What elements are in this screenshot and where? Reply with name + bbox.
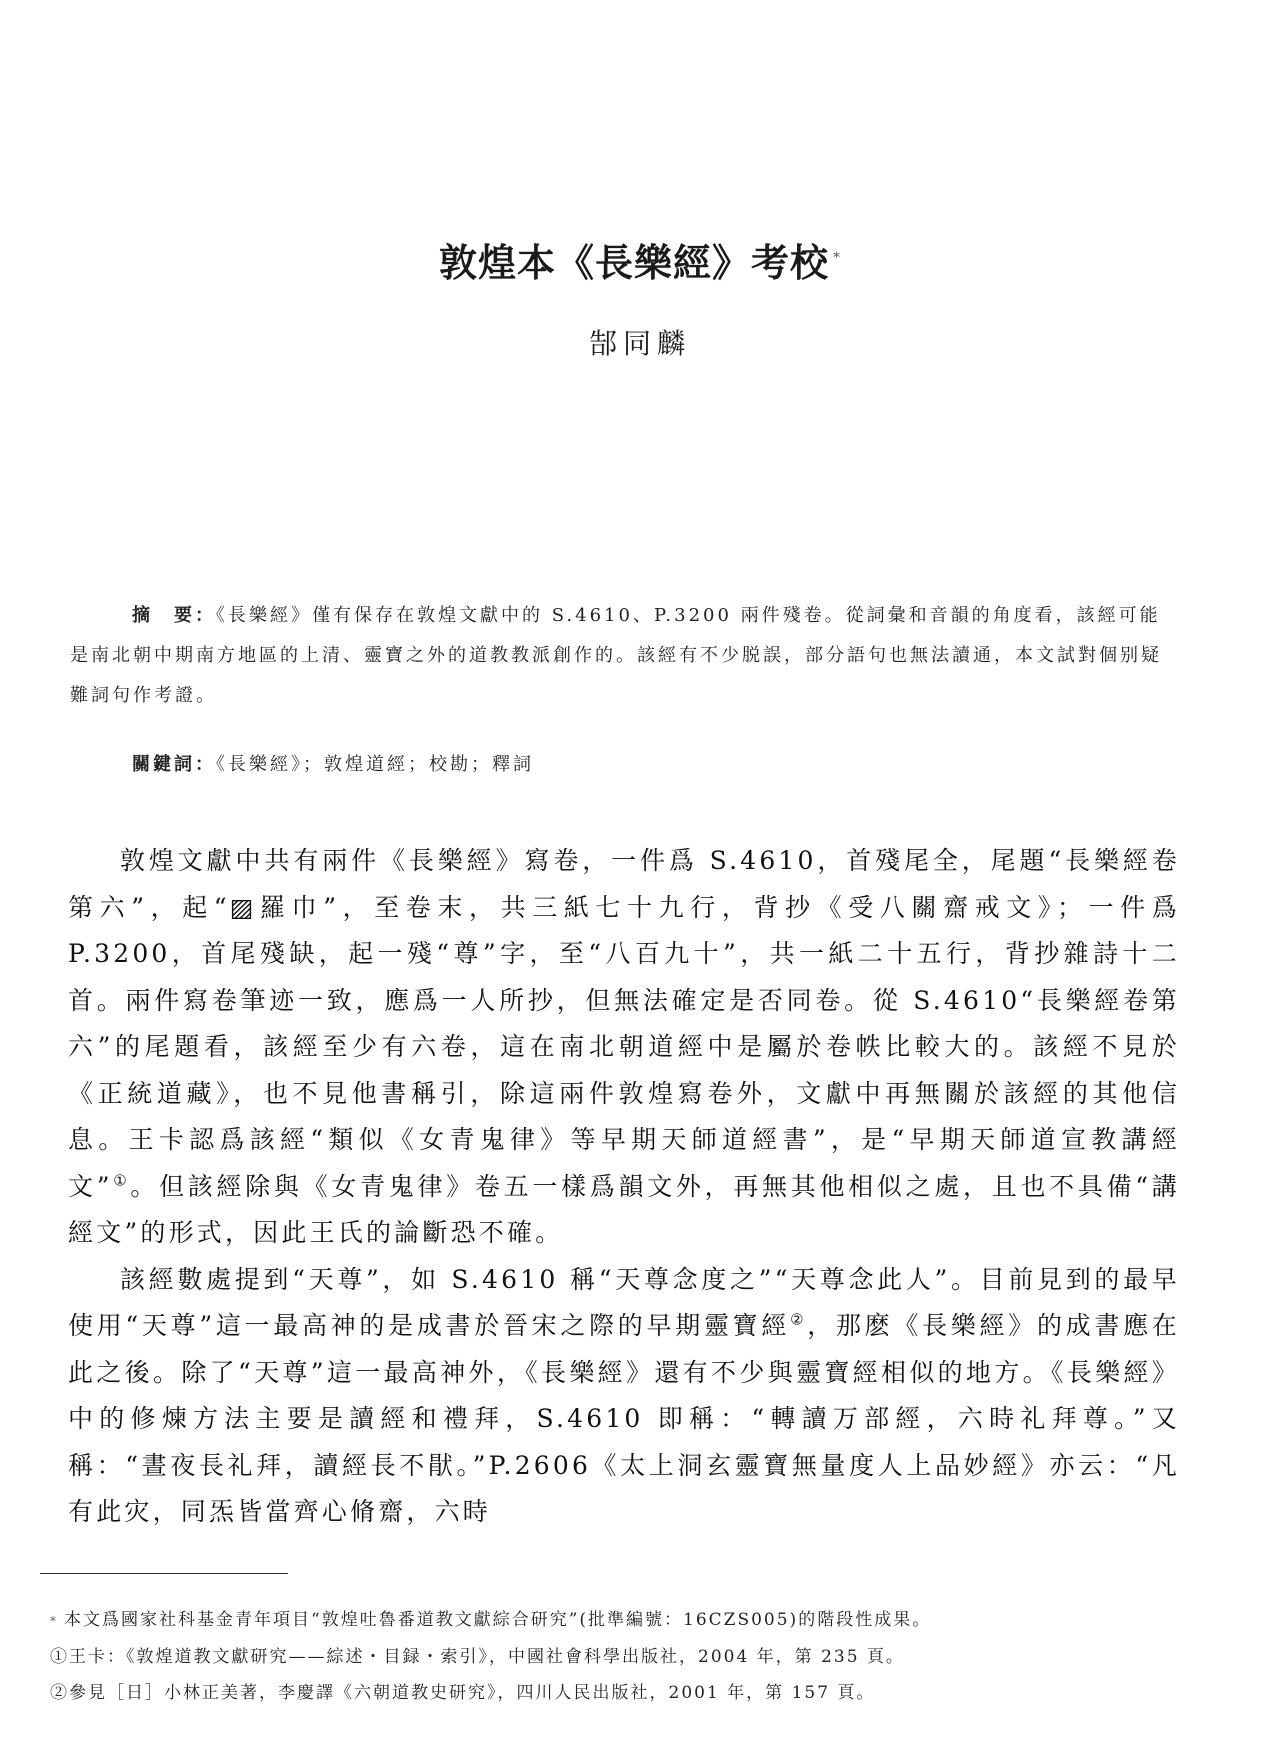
title-text: 敦煌本《長樂經》考校 [439,240,829,285]
paragraph-text: ，那麽《長樂經》的成書應在此之後。除了“天尊”這一最高神外，《長樂經》還有不少與… [68,1311,1180,1526]
footnote-item: *本文爲國家社科基金青年項目“敦煌吐魯番道教文獻綜合研究”(批準編號：16CZS… [50,1602,1210,1639]
abstract: 摘 要：《長樂經》僅有保存在敦煌文獻中的 S.4610、P.3200 兩件殘卷。… [70,596,1180,716]
footnote-mark: ② [50,1683,69,1703]
title-footnote-mark[interactable]: * [833,250,841,266]
footnote-mark: * [50,1614,58,1628]
footnote-text: 王卡：《敦煌道教文獻研究——綜述・目録・索引》，中國社會科學出版社，2004 年… [69,1647,905,1667]
footnote-text: 本文爲國家社科基金青年項目“敦煌吐魯番道教文獻綜合研究”(批準編號：16CZS0… [64,1610,931,1630]
footnote-item: ②參見［日］小林正美著，李慶譯《六朝道教史研究》，四川人民出版社，2001 年，… [50,1675,1210,1711]
abstract-text: 《長樂經》僅有保存在敦煌文獻中的 S.4610、P.3200 兩件殘卷。從詞彙和… [70,605,1162,706]
body-text: 敦煌文獻中共有兩件《長樂經》寫卷，一件爲 S.4610，首殘尾全，尾題“長樂經卷… [68,838,1180,1536]
footnote-ref[interactable]: ② [790,1311,807,1329]
abstract-label: 摘 要： [132,605,216,626]
paragraph-text: 。但該經除與《女青鬼律》卷五一樣爲韻文外，再無其他相似之處，且也不具備“講經文”… [68,1172,1180,1248]
footnotes: *本文爲國家社科基金青年項目“敦煌吐魯番道教文獻綜合研究”(批準編號：16CZS… [50,1602,1210,1711]
body-paragraph: 敦煌文獻中共有兩件《長樂經》寫卷，一件爲 S.4610，首殘尾全，尾題“長樂經卷… [68,838,1180,1257]
footnote-item: ①王卡：《敦煌道教文獻研究——綜述・目録・索引》，中國社會科學出版社，2004 … [50,1639,1210,1675]
footnote-text: 參見［日］小林正美著，李慶譯《六朝道教史研究》，四川人民出版社，2001 年，第… [69,1683,875,1703]
body-paragraph: 該經數處提到“天尊”，如 S.4610 稱“天尊念度之”“天尊念此人”。目前見到… [68,1257,1180,1536]
footnote-mark: ① [50,1647,69,1667]
paragraph-text: 敦煌文獻中共有兩件《長樂經》寫卷，一件爲 S.4610，首殘尾全，尾題“長樂經卷… [68,846,1180,1201]
keywords: 關鍵詞：《長樂經》；敦煌道經；校勘；釋詞 [132,750,534,776]
keywords-label: 關鍵詞： [132,754,216,775]
paper-title: 敦煌本《長樂經》考校* [0,232,1280,287]
author-name: 郜同麟 [0,322,1280,362]
footnote-ref[interactable]: ① [113,1171,131,1189]
footnote-divider [40,1573,288,1574]
keywords-text: 《長樂經》；敦煌道經；校勘；釋詞 [216,754,534,775]
